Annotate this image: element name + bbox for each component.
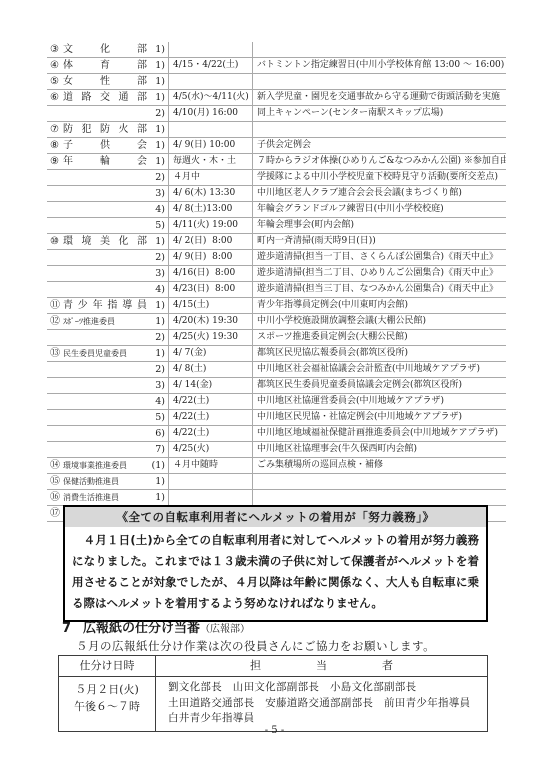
item-number: 4) bbox=[147, 394, 165, 409]
section7-suffix: （広報部） bbox=[200, 624, 250, 635]
schedule-row: ⑦防犯防火部1) bbox=[47, 122, 506, 138]
schedule-row: ⑫ｽﾎﾟｰﾂ推進委員1)4/20(木) 19:30中川小学校施設開放調整会議(大… bbox=[47, 314, 506, 330]
description-cell: 中川地区老人クラブ連合会会長会議(まちづくり館) bbox=[253, 186, 506, 201]
item-number: 1) bbox=[147, 90, 165, 105]
item-number: 1) bbox=[147, 490, 165, 505]
date-cell: 4/ 6(木) 13:30 bbox=[169, 186, 253, 201]
description-cell: 町内一斉清掃(雨天時9日(日)) bbox=[253, 234, 506, 249]
date-cell: 4/25(火) bbox=[169, 442, 253, 457]
description-cell: 子供会定例会 bbox=[253, 138, 506, 153]
duty-table-body: ５月２日(火)午後６～７時 劉文化部長 山田文化部副部長 小島文化部副部長土田道… bbox=[59, 677, 487, 731]
dept-name: 防犯防火部 bbox=[63, 122, 147, 137]
schedule-row: ⑮保健活動推進員1) bbox=[47, 474, 506, 490]
description-cell: 学援隊による中川小学校児童下校時見守り活動(要所交差点) bbox=[253, 170, 506, 185]
schedule-table: ③文化部1)④体育部1)4/15・4/22(土)バトミントン指定練習日(中川小学… bbox=[47, 42, 506, 522]
date-cell: 4/22(土) bbox=[169, 410, 253, 425]
dept-cell: 4) bbox=[47, 394, 169, 409]
dept-cell: 5) bbox=[47, 410, 169, 425]
item-number: 7) bbox=[147, 442, 165, 457]
duty-staff-line: 劉文化部長 山田文化部副部長 小島文化部副部長 bbox=[168, 680, 483, 696]
schedule-row: 2)4/10(月) 16:00同上キャンペーン(センター南駅スキップ広場) bbox=[47, 106, 506, 122]
item-number: 1) bbox=[147, 298, 165, 313]
schedule-row: 2)４月中学援隊による中川小学校児童下校時見守り活動(要所交差点) bbox=[47, 170, 506, 186]
schedule-row: 7)4/25(火)中川地区社協理事会(牛久保西町内会館) bbox=[47, 442, 506, 458]
date-cell bbox=[169, 42, 253, 57]
helmet-notice-body: ４月１日(土)から全ての自転車利用者に対してヘルメットの着用が努力義務になりまし… bbox=[65, 527, 486, 620]
description-cell: ７時からラジオ体操(ひめりんご&なつみかん公園) ※参加自由 bbox=[253, 154, 506, 169]
schedule-row: 4)4/22(土)中川地区社協運営委員会(中川地域ケアプラザ) bbox=[47, 394, 506, 410]
description-cell bbox=[253, 490, 506, 505]
date-cell bbox=[169, 74, 253, 89]
dept-circled-number: ⑮ bbox=[50, 474, 63, 489]
duty-header-staff: 担 当 者 bbox=[156, 656, 487, 676]
dept-cell: ⑭環境事業推進委員(1) bbox=[47, 458, 169, 473]
date-cell: 4/ 9(日) 10:00 bbox=[169, 138, 253, 153]
dept-name: 文化部 bbox=[63, 42, 147, 57]
description-cell: 都筑区民生委員児童委員協議会定例会(都筑区役所) bbox=[253, 378, 506, 393]
dept-cell: 3) bbox=[47, 266, 169, 281]
description-cell: 中川地区社会福祉協議会会計監査(中川地域ケアプラザ) bbox=[253, 362, 506, 377]
item-number: 1) bbox=[147, 42, 165, 57]
schedule-row: 3)4/16(日) 8:00遊歩道清掃(担当二丁目、ひめりんご公園集合)《雨天中… bbox=[47, 266, 506, 282]
dept-name: 保健活動推進員 bbox=[63, 474, 147, 489]
date-cell: 4/ 14(金) bbox=[169, 378, 253, 393]
date-cell: 4/5(水)～4/11(火) bbox=[169, 90, 253, 105]
schedule-row: ⑨年輪会1)毎週火・木・土７時からラジオ体操(ひめりんご&なつみかん公園) ※参… bbox=[47, 154, 506, 170]
dept-cell: 3) bbox=[47, 186, 169, 201]
duty-table: 仕分け日時 担 当 者 ５月２日(火)午後６～７時 劉文化部長 山田文化部副部長… bbox=[58, 655, 488, 732]
description-cell bbox=[253, 42, 506, 57]
item-number: 1) bbox=[147, 74, 165, 89]
item-number: 1) bbox=[147, 234, 165, 249]
item-number: 2) bbox=[147, 330, 165, 345]
item-number: 1) bbox=[147, 346, 165, 361]
dept-cell: ④体育部1) bbox=[47, 58, 169, 73]
dept-name: 民生委員児童委員 bbox=[63, 346, 147, 361]
description-cell: 中川地区社協運営委員会(中川地域ケアプラザ) bbox=[253, 394, 506, 409]
dept-cell: 2) bbox=[47, 106, 169, 121]
helmet-notice-title: 《全ての自転車利用者にヘルメットの着用が「努力義務」》 bbox=[65, 507, 486, 527]
dept-circled-number: ⑪ bbox=[50, 298, 63, 313]
schedule-row: 5)4/22(土)中川地区民児協・社協定例会(中川地域ケアプラザ) bbox=[47, 410, 506, 426]
description-cell bbox=[253, 74, 506, 89]
date-cell: 4/25(火) 19:30 bbox=[169, 330, 253, 345]
item-number: 1) bbox=[147, 154, 165, 169]
description-cell: 遊歩道清掃(担当三丁目、なつみかん公園集合)《雨天中止》 bbox=[253, 282, 506, 297]
description-cell: バトミントン指定練習日(中川小学校体育館 13:00 ～ 16:00) bbox=[253, 58, 506, 73]
dept-circled-number: ⑩ bbox=[50, 234, 63, 249]
dept-name: 環境美化部 bbox=[63, 234, 147, 249]
dept-name: 環境事業推進委員 bbox=[63, 458, 147, 473]
dept-cell: 6) bbox=[47, 426, 169, 441]
description-cell: 中川地区社協理事会(牛久保西町内会館) bbox=[253, 442, 506, 457]
description-cell: 中川地区民児協・社協定例会(中川地域ケアプラザ) bbox=[253, 410, 506, 425]
description-cell: 同上キャンペーン(センター南駅スキップ広場) bbox=[253, 106, 506, 121]
duty-cell-datetime: ５月２日(火)午後６～７時 bbox=[59, 677, 156, 731]
dept-circled-number: ⑤ bbox=[50, 74, 63, 89]
schedule-row: ⑧子供会1)4/ 9(日) 10:00子供会定例会 bbox=[47, 138, 506, 154]
date-cell bbox=[169, 122, 253, 137]
duty-cell-staff: 劉文化部長 山田文化部副部長 小島文化部副部長土田道路交通部長 安藤道路交通部副… bbox=[156, 677, 487, 731]
item-number: 1) bbox=[147, 122, 165, 137]
item-number: 1) bbox=[147, 138, 165, 153]
helmet-notice-box: 《全ての自転車利用者にヘルメットの着用が「努力義務」》 ４月１日(土)から全ての… bbox=[63, 505, 488, 622]
dept-cell: 2) bbox=[47, 170, 169, 185]
date-cell: 4/23(日) 8:00 bbox=[169, 282, 253, 297]
date-cell: ４月中随時 bbox=[169, 458, 253, 473]
item-number: 1) bbox=[147, 58, 165, 73]
section7-number: 7 bbox=[62, 621, 71, 636]
dept-circled-number: ④ bbox=[50, 58, 63, 73]
dept-circled-number: ⑥ bbox=[50, 90, 63, 105]
item-number: 1) bbox=[147, 314, 165, 329]
dept-name: ｽﾎﾟｰﾂ推進委員 bbox=[63, 314, 147, 329]
date-cell: 4/10(月) 16:00 bbox=[169, 106, 253, 121]
schedule-row: 2)4/ 8(土)中川地区社会福祉協議会会計監査(中川地域ケアプラザ) bbox=[47, 362, 506, 378]
dept-cell: 7) bbox=[47, 442, 169, 457]
dept-name: 道路交通部 bbox=[63, 90, 147, 105]
dept-cell: 4) bbox=[47, 202, 169, 217]
description-cell: ごみ集積場所の巡回点検・補修 bbox=[253, 458, 506, 473]
schedule-row: ⑪青少年指導員1)4/15(土)青少年指導員定例会(中川東町内会館) bbox=[47, 298, 506, 314]
date-cell: 4/ 9(日) 8:00 bbox=[169, 250, 253, 265]
description-cell: 遊歩道清掃(担当二丁目、ひめりんご公園集合)《雨天中止》 bbox=[253, 266, 506, 281]
dept-circled-number: ⑭ bbox=[50, 458, 63, 473]
dept-circled-number: ⑯ bbox=[50, 490, 63, 505]
item-number: 5) bbox=[147, 410, 165, 425]
schedule-row: 3)4/ 6(木) 13:30中川地区老人クラブ連合会会長会議(まちづくり館) bbox=[47, 186, 506, 202]
item-number: 3) bbox=[147, 378, 165, 393]
date-cell: 4/ 8(土) bbox=[169, 362, 253, 377]
description-cell: 中川地区地域福祉保健計画推進委員会(中川地域ケアプラザ) bbox=[253, 426, 506, 441]
dept-name: 体育部 bbox=[63, 58, 147, 73]
dept-name: 消費生活推進員 bbox=[63, 490, 147, 505]
schedule-row: 4)4/23(日) 8:00遊歩道清掃(担当三丁目、なつみかん公園集合)《雨天中… bbox=[47, 282, 506, 298]
dept-cell: ⑬民生委員児童委員1) bbox=[47, 346, 169, 361]
item-number: 2) bbox=[147, 250, 165, 265]
item-number: (1) bbox=[147, 458, 165, 473]
dept-cell: 2) bbox=[47, 250, 169, 265]
duty-staff-line: 土田道路交通部長 安藤道路交通部副部長 前田青少年指導員 bbox=[168, 696, 483, 712]
dept-circled-number: ⑬ bbox=[50, 346, 63, 361]
description-cell bbox=[253, 122, 506, 137]
schedule-row: ⑯消費生活推進員1) bbox=[47, 490, 506, 506]
dept-cell: ⑯消費生活推進員1) bbox=[47, 490, 169, 505]
dept-circled-number: ⑫ bbox=[50, 314, 63, 329]
description-cell: 遊歩道清掃(担当一丁目、さくらんぼ公園集合)《雨天中止》 bbox=[253, 250, 506, 265]
dept-name: 青少年指導員 bbox=[63, 298, 147, 313]
schedule-row: ③文化部1) bbox=[47, 42, 506, 58]
dept-cell: 2) bbox=[47, 330, 169, 345]
schedule-row: ⑩環境美化部1)4/ 2(日) 8:00町内一斉清掃(雨天時9日(日)) bbox=[47, 234, 506, 250]
dept-circled-number: ⑰ bbox=[50, 506, 63, 521]
date-cell: ４月中 bbox=[169, 170, 253, 185]
dept-cell: ⑥道路交通部1) bbox=[47, 90, 169, 105]
schedule-row: ⑭環境事業推進委員(1)４月中随時ごみ集積場所の巡回点検・補修 bbox=[47, 458, 506, 474]
schedule-row: ④体育部1)4/15・4/22(土)バトミントン指定練習日(中川小学校体育館 1… bbox=[47, 58, 506, 74]
section7-title: 広報紙の仕分け当番 bbox=[83, 621, 200, 636]
dept-cell: ⑤女性部1) bbox=[47, 74, 169, 89]
document-page: ③文化部1)④体育部1)4/15・4/22(土)バトミントン指定練習日(中川小学… bbox=[0, 0, 549, 776]
dept-cell: 2) bbox=[47, 362, 169, 377]
description-cell: 年輪会理事会(町内会館) bbox=[253, 218, 506, 233]
dept-name: 子供会 bbox=[63, 138, 147, 153]
date-cell bbox=[169, 474, 253, 489]
dept-cell: ③文化部1) bbox=[47, 42, 169, 57]
schedule-row: ⑤女性部1) bbox=[47, 74, 506, 90]
item-number: 5) bbox=[147, 218, 165, 233]
section7-intro: ５月の広報紙仕分け作業は次の役員さんにご協力をお願いします。 bbox=[76, 638, 435, 654]
date-cell: 4/15・4/22(土) bbox=[169, 58, 253, 73]
dept-cell: 4) bbox=[47, 282, 169, 297]
dept-cell: ⑨年輪会1) bbox=[47, 154, 169, 169]
date-cell: 4/11(火) 19:00 bbox=[169, 218, 253, 233]
description-cell: 都筑区民児協広報委員会(都筑区役所) bbox=[253, 346, 506, 361]
description-cell: 中川小学校施設開放調整会議(大棚公民館) bbox=[253, 314, 506, 329]
item-number: 6) bbox=[147, 426, 165, 441]
duty-datetime-line: 午後６～７時 bbox=[61, 698, 153, 715]
date-cell: 4/15(土) bbox=[169, 298, 253, 313]
section7-heading: 7広報紙の仕分け当番（広報部） bbox=[62, 620, 250, 637]
date-cell: 4/22(土) bbox=[169, 426, 253, 441]
description-cell: 青少年指導員定例会(中川東町内会館) bbox=[253, 298, 506, 313]
dept-cell: ⑧子供会1) bbox=[47, 138, 169, 153]
dept-circled-number: ⑧ bbox=[50, 138, 63, 153]
schedule-row: 5)4/11(火) 19:00年輪会理事会(町内会館) bbox=[47, 218, 506, 234]
description-cell bbox=[253, 474, 506, 489]
date-cell: 4/16(日) 8:00 bbox=[169, 266, 253, 281]
schedule-row: 4)4/ 8(土)13:00年輪会グランドゴルフ練習日(中川小学校校庭) bbox=[47, 202, 506, 218]
item-number: 4) bbox=[147, 282, 165, 297]
description-cell: 新入学児童・園児を交通事故から守る運動で街頭活動を実施 bbox=[253, 90, 506, 105]
description-cell: スポーツ推進委員定例会(大棚公民館) bbox=[253, 330, 506, 345]
date-cell: 4/ 8(土)13:00 bbox=[169, 202, 253, 217]
item-number: 4) bbox=[147, 202, 165, 217]
item-number: 2) bbox=[147, 362, 165, 377]
dept-name: 女性部 bbox=[63, 74, 147, 89]
dept-circled-number: ⑦ bbox=[50, 122, 63, 137]
dept-name: 年輪会 bbox=[63, 154, 147, 169]
schedule-row: 2)4/ 9(日) 8:00遊歩道清掃(担当一丁目、さくらんぼ公園集合)《雨天中… bbox=[47, 250, 506, 266]
item-number: 3) bbox=[147, 186, 165, 201]
item-number: 1) bbox=[147, 474, 165, 489]
item-number: 2) bbox=[147, 106, 165, 121]
dept-circled-number: ③ bbox=[50, 42, 63, 57]
dept-cell: ⑪青少年指導員1) bbox=[47, 298, 169, 313]
duty-header-datetime: 仕分け日時 bbox=[59, 656, 156, 676]
dept-cell: ⑦防犯防火部1) bbox=[47, 122, 169, 137]
duty-datetime-line: ５月２日(火) bbox=[61, 681, 153, 698]
schedule-row: 3)4/ 14(金)都筑区民生委員児童委員協議会定例会(都筑区役所) bbox=[47, 378, 506, 394]
item-number: 3) bbox=[147, 266, 165, 281]
date-cell bbox=[169, 490, 253, 505]
dept-cell: 5) bbox=[47, 218, 169, 233]
dept-cell: ⑫ｽﾎﾟｰﾂ推進委員1) bbox=[47, 314, 169, 329]
page-number: - 5 - bbox=[0, 725, 549, 736]
duty-table-header: 仕分け日時 担 当 者 bbox=[59, 656, 487, 677]
date-cell: 4/20(木) 19:30 bbox=[169, 314, 253, 329]
date-cell: 毎週火・木・土 bbox=[169, 154, 253, 169]
dept-circled-number: ⑨ bbox=[50, 154, 63, 169]
schedule-row: 6)4/22(土)中川地区地域福祉保健計画推進委員会(中川地域ケアプラザ) bbox=[47, 426, 506, 442]
dept-cell: ⑩環境美化部1) bbox=[47, 234, 169, 249]
date-cell: 4/ 7(金) bbox=[169, 346, 253, 361]
dept-cell: ⑮保健活動推進員1) bbox=[47, 474, 169, 489]
schedule-row: 2)4/25(火) 19:30スポーツ推進委員定例会(大棚公民館) bbox=[47, 330, 506, 346]
date-cell: 4/22(土) bbox=[169, 394, 253, 409]
description-cell: 年輪会グランドゴルフ練習日(中川小学校校庭) bbox=[253, 202, 506, 217]
schedule-row: ⑬民生委員児童委員1)4/ 7(金)都筑区民児協広報委員会(都筑区役所) bbox=[47, 346, 506, 362]
dept-cell: 3) bbox=[47, 378, 169, 393]
item-number: 2) bbox=[147, 170, 165, 185]
date-cell: 4/ 2(日) 8:00 bbox=[169, 234, 253, 249]
schedule-row: ⑥道路交通部1)4/5(水)～4/11(火)新入学児童・園児を交通事故から守る運… bbox=[47, 90, 506, 106]
